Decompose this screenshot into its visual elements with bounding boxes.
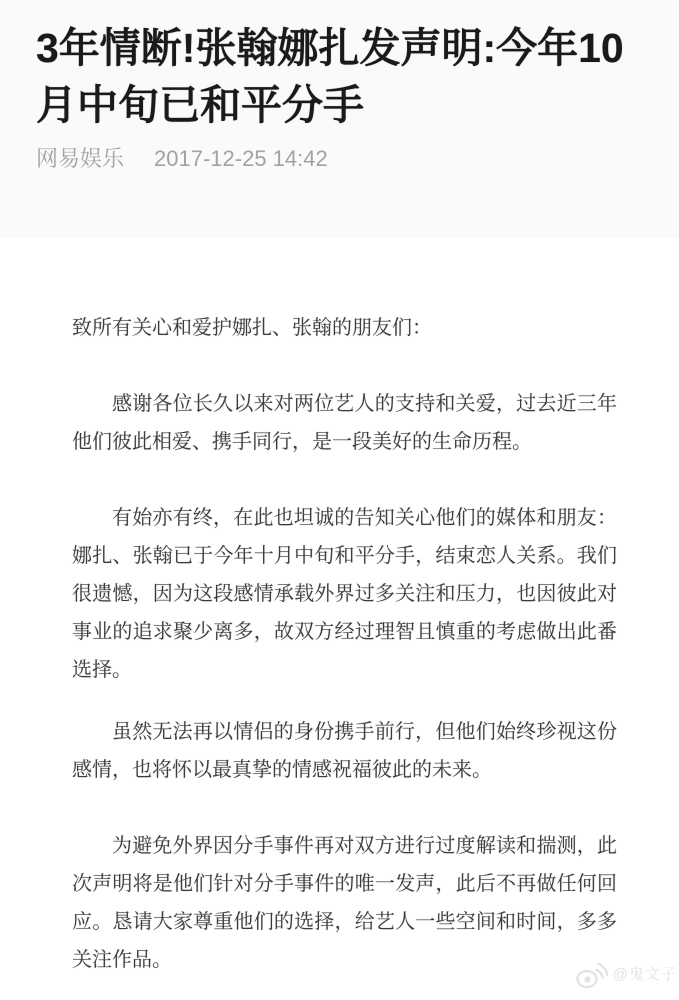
article-source: 网易娱乐: [36, 146, 124, 172]
statement-paragraph-3: 虽然无法再以情侣的身份携手前行，但他们始终珍视这份感情，也将怀以最真挚的情感祝福…: [72, 713, 617, 789]
statement-image: 致所有关心和爱护娜扎、张翰的朋友们： 感谢各位长久以来对两位艺人的支持和关爱，过…: [0, 309, 679, 979]
statement-paragraph-2: 有始亦有终，在此也坦诚的告知关心他们的媒体和朋友：娜扎、张翰已于今年十月中旬和平…: [72, 499, 617, 689]
watermark-handle: @鬼文子: [613, 967, 677, 983]
article-meta: 网易娱乐 2017-12-25 14:42: [36, 146, 649, 172]
statement-salutation: 致所有关心和爱护娜扎、张翰的朋友们：: [72, 309, 617, 347]
article-timestamp: 2017-12-25 14:42: [154, 146, 328, 172]
article-header: 3年情断!张翰娜扎发声明:今年10月中旬已和平分手 网易娱乐 2017-12-2…: [0, 0, 679, 238]
weibo-watermark: @鬼文子: [574, 961, 677, 989]
article-title: 3年情断!张翰娜扎发声明:今年10月中旬已和平分手: [36, 20, 641, 134]
statement-paragraph-4: 为避免外界因分手事件再对双方进行过度解读和揣测，此次声明将是他们针对分手事件的唯…: [72, 827, 617, 979]
statement-paragraph-1: 感谢各位长久以来对两位艺人的支持和关爱，过去近三年他们彼此相爱、携手同行，是一段…: [72, 385, 617, 461]
weibo-icon: [574, 961, 608, 989]
